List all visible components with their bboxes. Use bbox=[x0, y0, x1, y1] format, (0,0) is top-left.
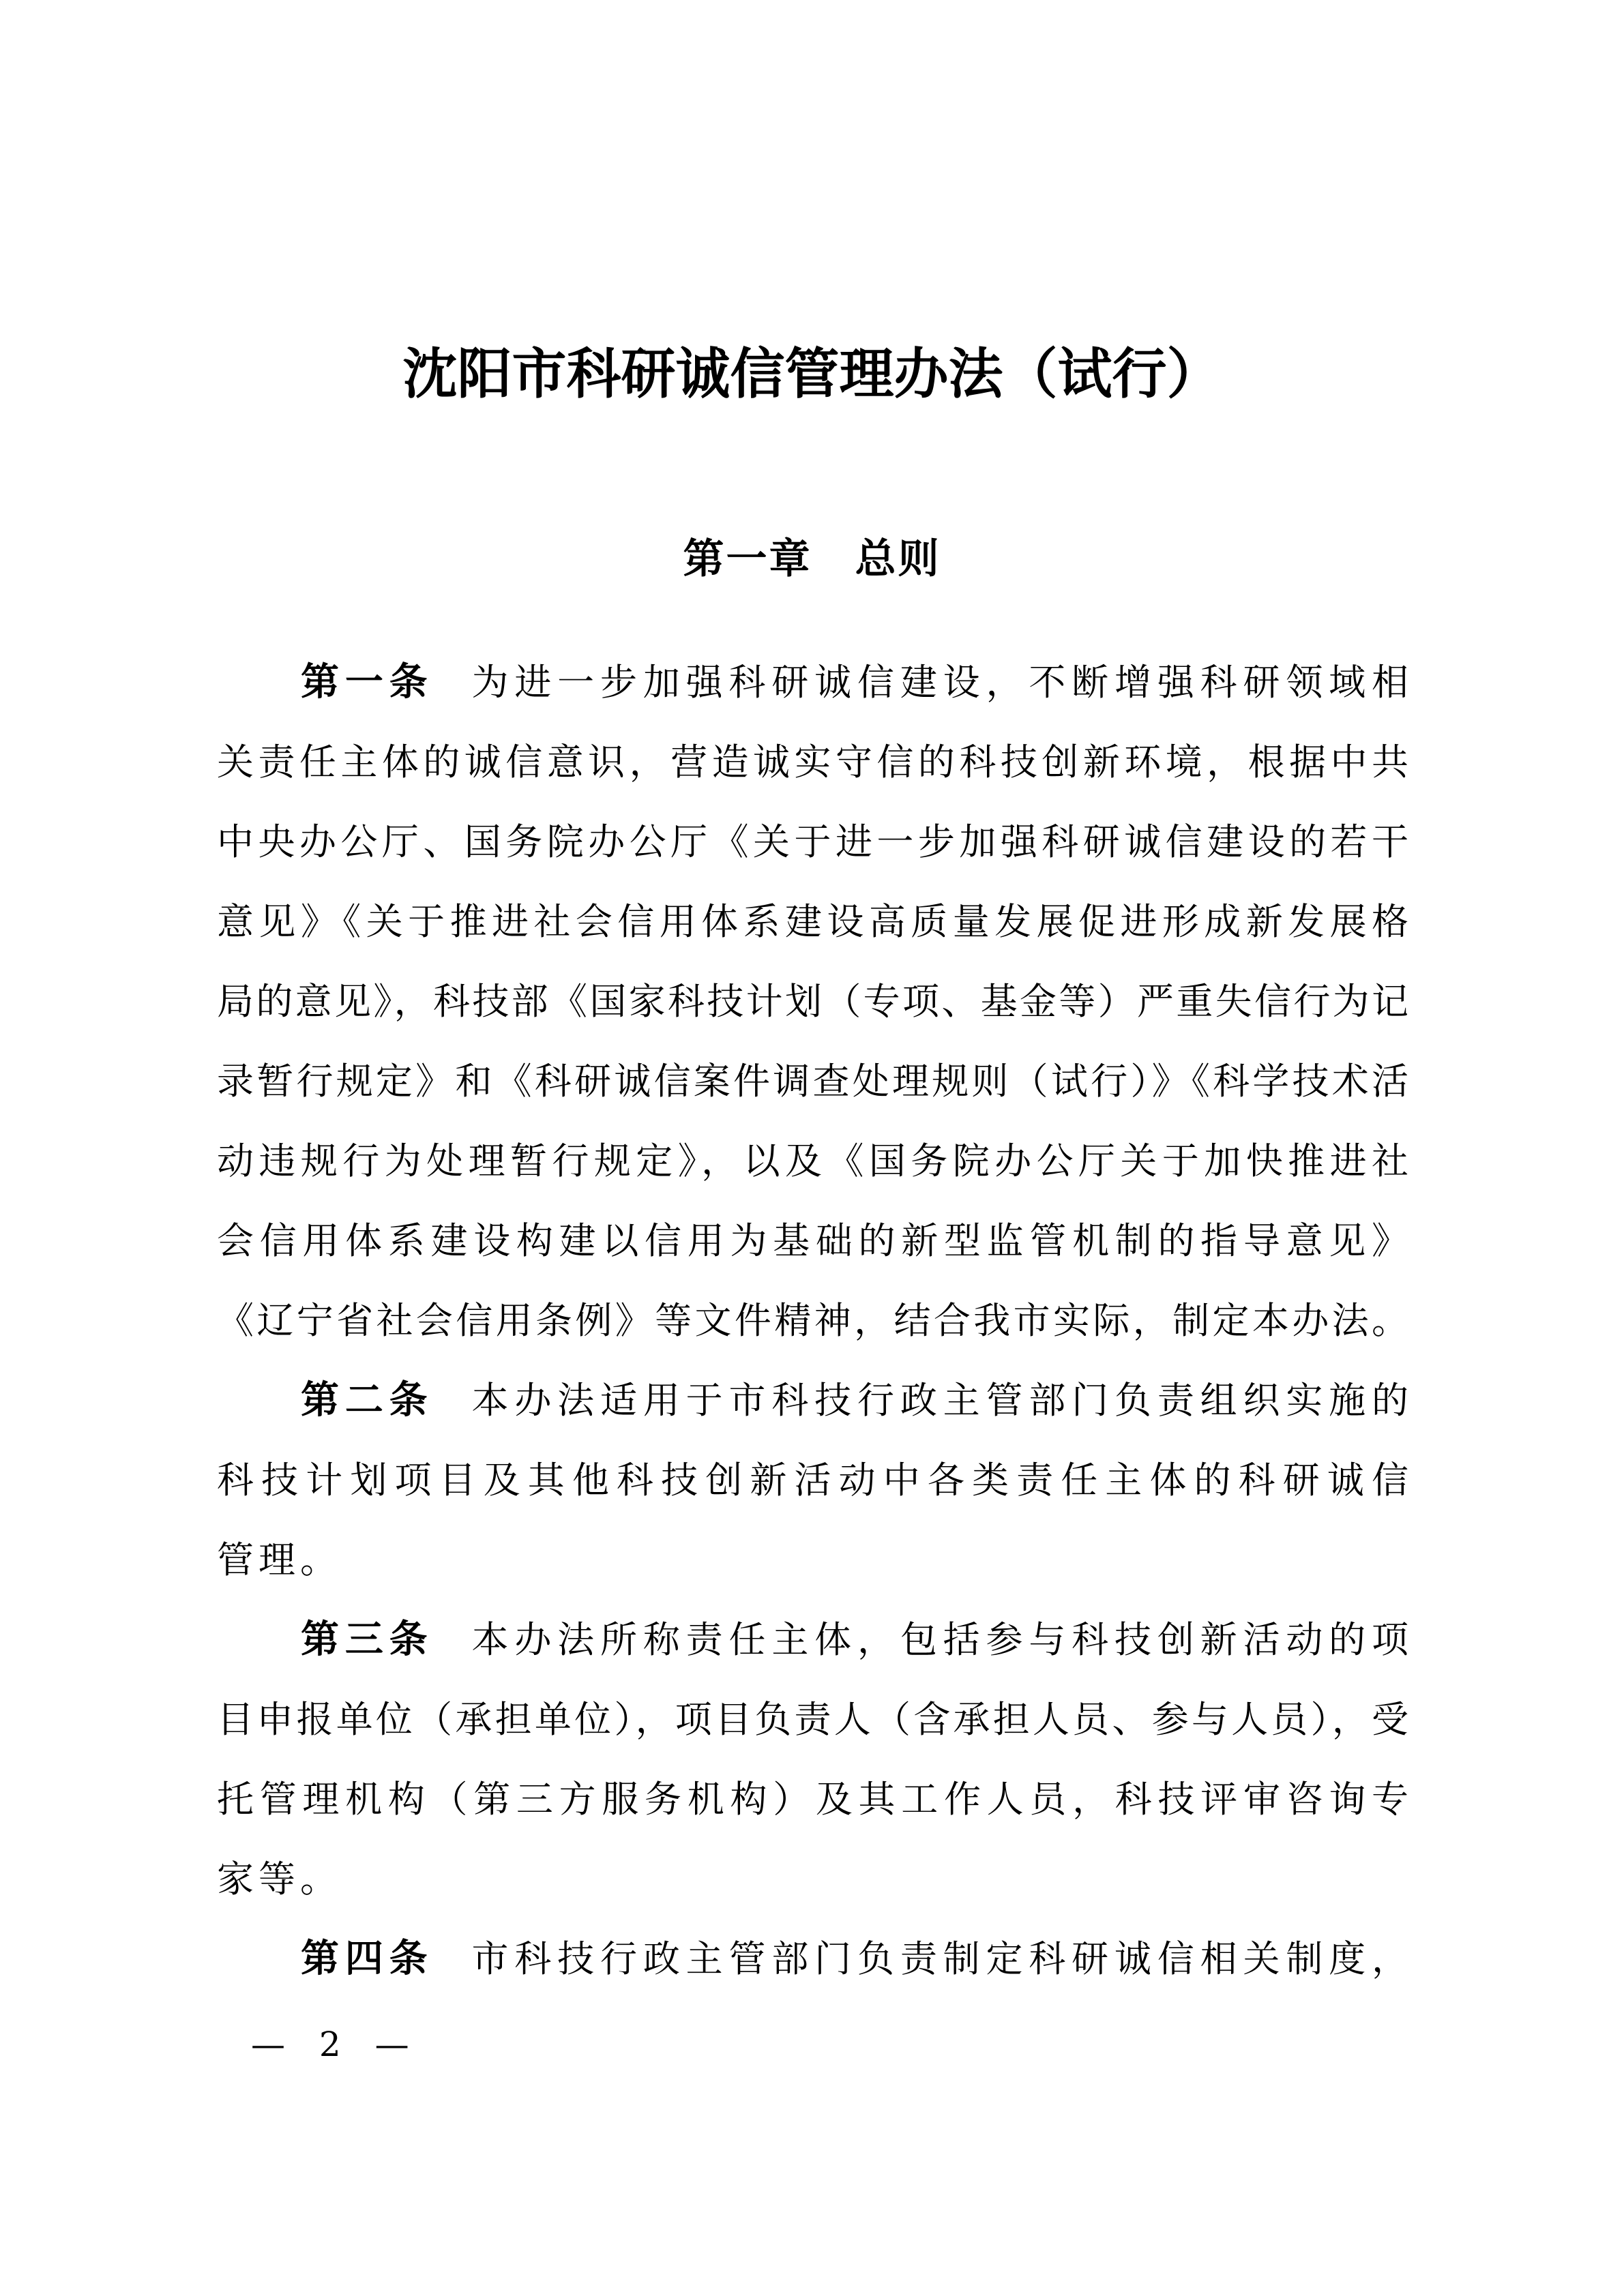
body-line: 《辽宁省社会信用条例》等文件精神，结合我市实际，制定本办法。 bbox=[217, 1281, 1408, 1360]
body-line: 管理。 bbox=[217, 1520, 1408, 1600]
article-number-label: 第二条 bbox=[301, 1378, 434, 1422]
article-number-label: 第三条 bbox=[301, 1617, 434, 1662]
body-line: 录暂行规定》和《科研诚信案件调查处理规则（试行）》《科学技术活 bbox=[217, 1041, 1408, 1121]
document-body: 第一条为进一步加强科研诚信建设，不断增强科研领域相关责任主体的诚信意识，营造诚实… bbox=[217, 642, 1408, 1999]
document-title: 沈阳市科研诚信管理办法（试行） bbox=[0, 344, 1624, 404]
body-line: 第一条为进一步加强科研诚信建设，不断增强科研领域相 bbox=[217, 642, 1408, 722]
body-line: 科技计划项目及其他科技创新活动中各类责任主体的科研诚信 bbox=[217, 1440, 1408, 1520]
body-line: 会信用体系建设构建以信用为基础的新型监管机制的指导意见》 bbox=[217, 1201, 1408, 1281]
body-line: 意见》《关于推进社会信用体系建设高质量发展促进形成新发展格 bbox=[217, 882, 1408, 961]
body-line: 关责任主体的诚信意识，营造诚实守信的科技创新环境，根据中共 bbox=[217, 722, 1408, 802]
body-line: 动违规行为处理暂行规定》，以及《国务院办公厅关于加快推进社 bbox=[217, 1121, 1408, 1201]
body-line: 目申报单位（承担单位），项目负责人（含承担人员、参与人员），受 bbox=[217, 1680, 1408, 1759]
document-page: 沈阳市科研诚信管理办法（试行） 第一章 总则 第一条为进一步加强科研诚信建设，不… bbox=[0, 0, 1624, 2296]
body-line: 家等。 bbox=[217, 1839, 1408, 1919]
article-number-label: 第一条 bbox=[301, 660, 434, 704]
body-line: 第三条本办法所称责任主体，包括参与科技创新活动的项 bbox=[217, 1600, 1408, 1680]
chapter-heading: 第一章 总则 bbox=[0, 536, 1624, 582]
body-line: 局的意见》，科技部《国家科技计划（专项、基金等）严重失信行为记 bbox=[217, 961, 1408, 1041]
body-line: 托管理机构（第三方服务机构）及其工作人员，科技评审咨询专 bbox=[217, 1759, 1408, 1839]
body-line: 第四条市科技行政主管部门负责制定科研诚信相关制度， bbox=[217, 1919, 1408, 1999]
body-line: 中央办公厅、国务院办公厅《关于进一步加强科研诚信建设的若干 bbox=[217, 802, 1408, 882]
page-number: — 2 — bbox=[251, 2024, 413, 2065]
article-number-label: 第四条 bbox=[301, 1937, 434, 1981]
body-line: 第二条本办法适用于市科技行政主管部门负责组织实施的 bbox=[217, 1360, 1408, 1440]
